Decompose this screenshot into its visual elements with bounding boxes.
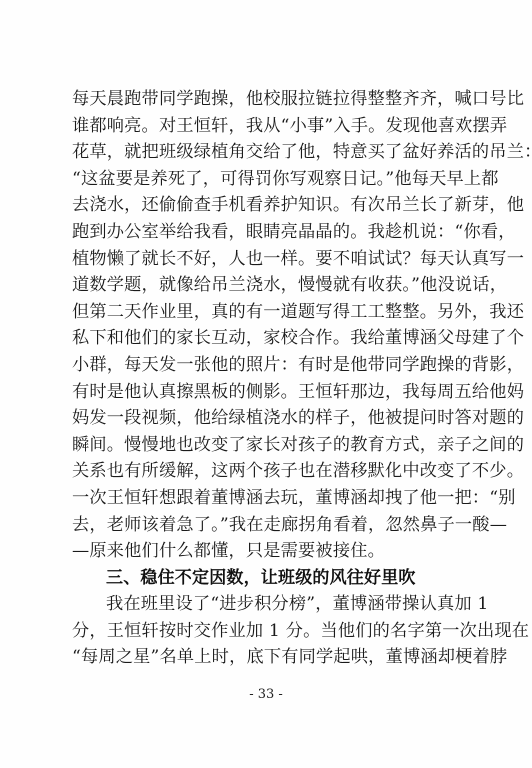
body-line: 有时是他认真擦黑板的侧影。王恒轩那边，我每周五给他妈 [72,379,462,406]
section-line: 我在班里设了“进步积分榜”，董博涵带操认真加 1 [72,591,462,618]
body-line: “这盆要是养死了，可得罚你写观察日记。”他每天早上都 [72,166,462,193]
page-number: - 33 - [0,687,532,702]
body-line: 植物懒了就长不好，人也一样。要不咱试试？每天认真写一 [72,246,462,273]
body-line: 小群，每天发一张他的照片：有时是他带同学跑操的背影， [72,352,462,379]
section-heading: 三、稳住不定因数，让班级的风往好里吹 [72,565,462,592]
body-line: 每天晨跑带同学跑操，他校服拉链拉得整整齐齐，喊口号比 [72,86,462,113]
body-line: 去，老师该着急了。”我在走廊拐角看着，忽然鼻子一酸— [72,512,462,539]
body-line: 花草，就把班级绿植角交给了他，特意买了盆好养活的吊兰： [72,139,462,166]
page-body: 每天晨跑带同学跑操，他校服拉链拉得整整齐齐，喊口号比 谁都响亮。对王恒轩，我从“… [72,86,462,671]
body-line: 私下和他们的家长互动，家校合作。我给董博涵父母建了个 [72,325,462,352]
body-line: 瞬间。慢慢地也改变了家长对孩子的教育方式，亲子之间的 [72,432,462,459]
body-line: 跑到办公室举给我看，眼睛亮晶晶的。我趁机说：“你看， [72,219,462,246]
section-line: 分，王恒轩按时交作业加 1 分。当他们的名字第一次出现在 [72,618,462,645]
body-line: —原来他们什么都懂，只是需要被接住。 [72,538,462,565]
body-line: 但第二天作业里，真的有一道题写得工工整整。另外，我还 [72,299,462,326]
section-line: “每周之星”名单上时，底下有同学起哄，董博涵却梗着脖 [72,644,462,671]
document-page: 每天晨跑带同学跑操，他校服拉链拉得整整齐齐，喊口号比 谁都响亮。对王恒轩，我从“… [0,0,532,768]
body-line: 道数学题，就像给吊兰浇水，慢慢就有收获。”他没说话， [72,272,462,299]
body-line: 一次王恒轩想跟着董博涵去玩，董博涵却拽了他一把：“别 [72,485,462,512]
body-line: 妈发一段视频，他给绿植浇水的样子，他被提问时答对题的 [72,405,462,432]
body-line: 谁都响亮。对王恒轩，我从“小事”入手。发现他喜欢摆弄 [72,113,462,140]
body-line: 去浇水，还偷偷查手机看养护知识。有次吊兰长了新芽，他 [72,192,462,219]
body-line: 关系也有所缓解，这两个孩子也在潜移默化中改变了不少。 [72,458,462,485]
